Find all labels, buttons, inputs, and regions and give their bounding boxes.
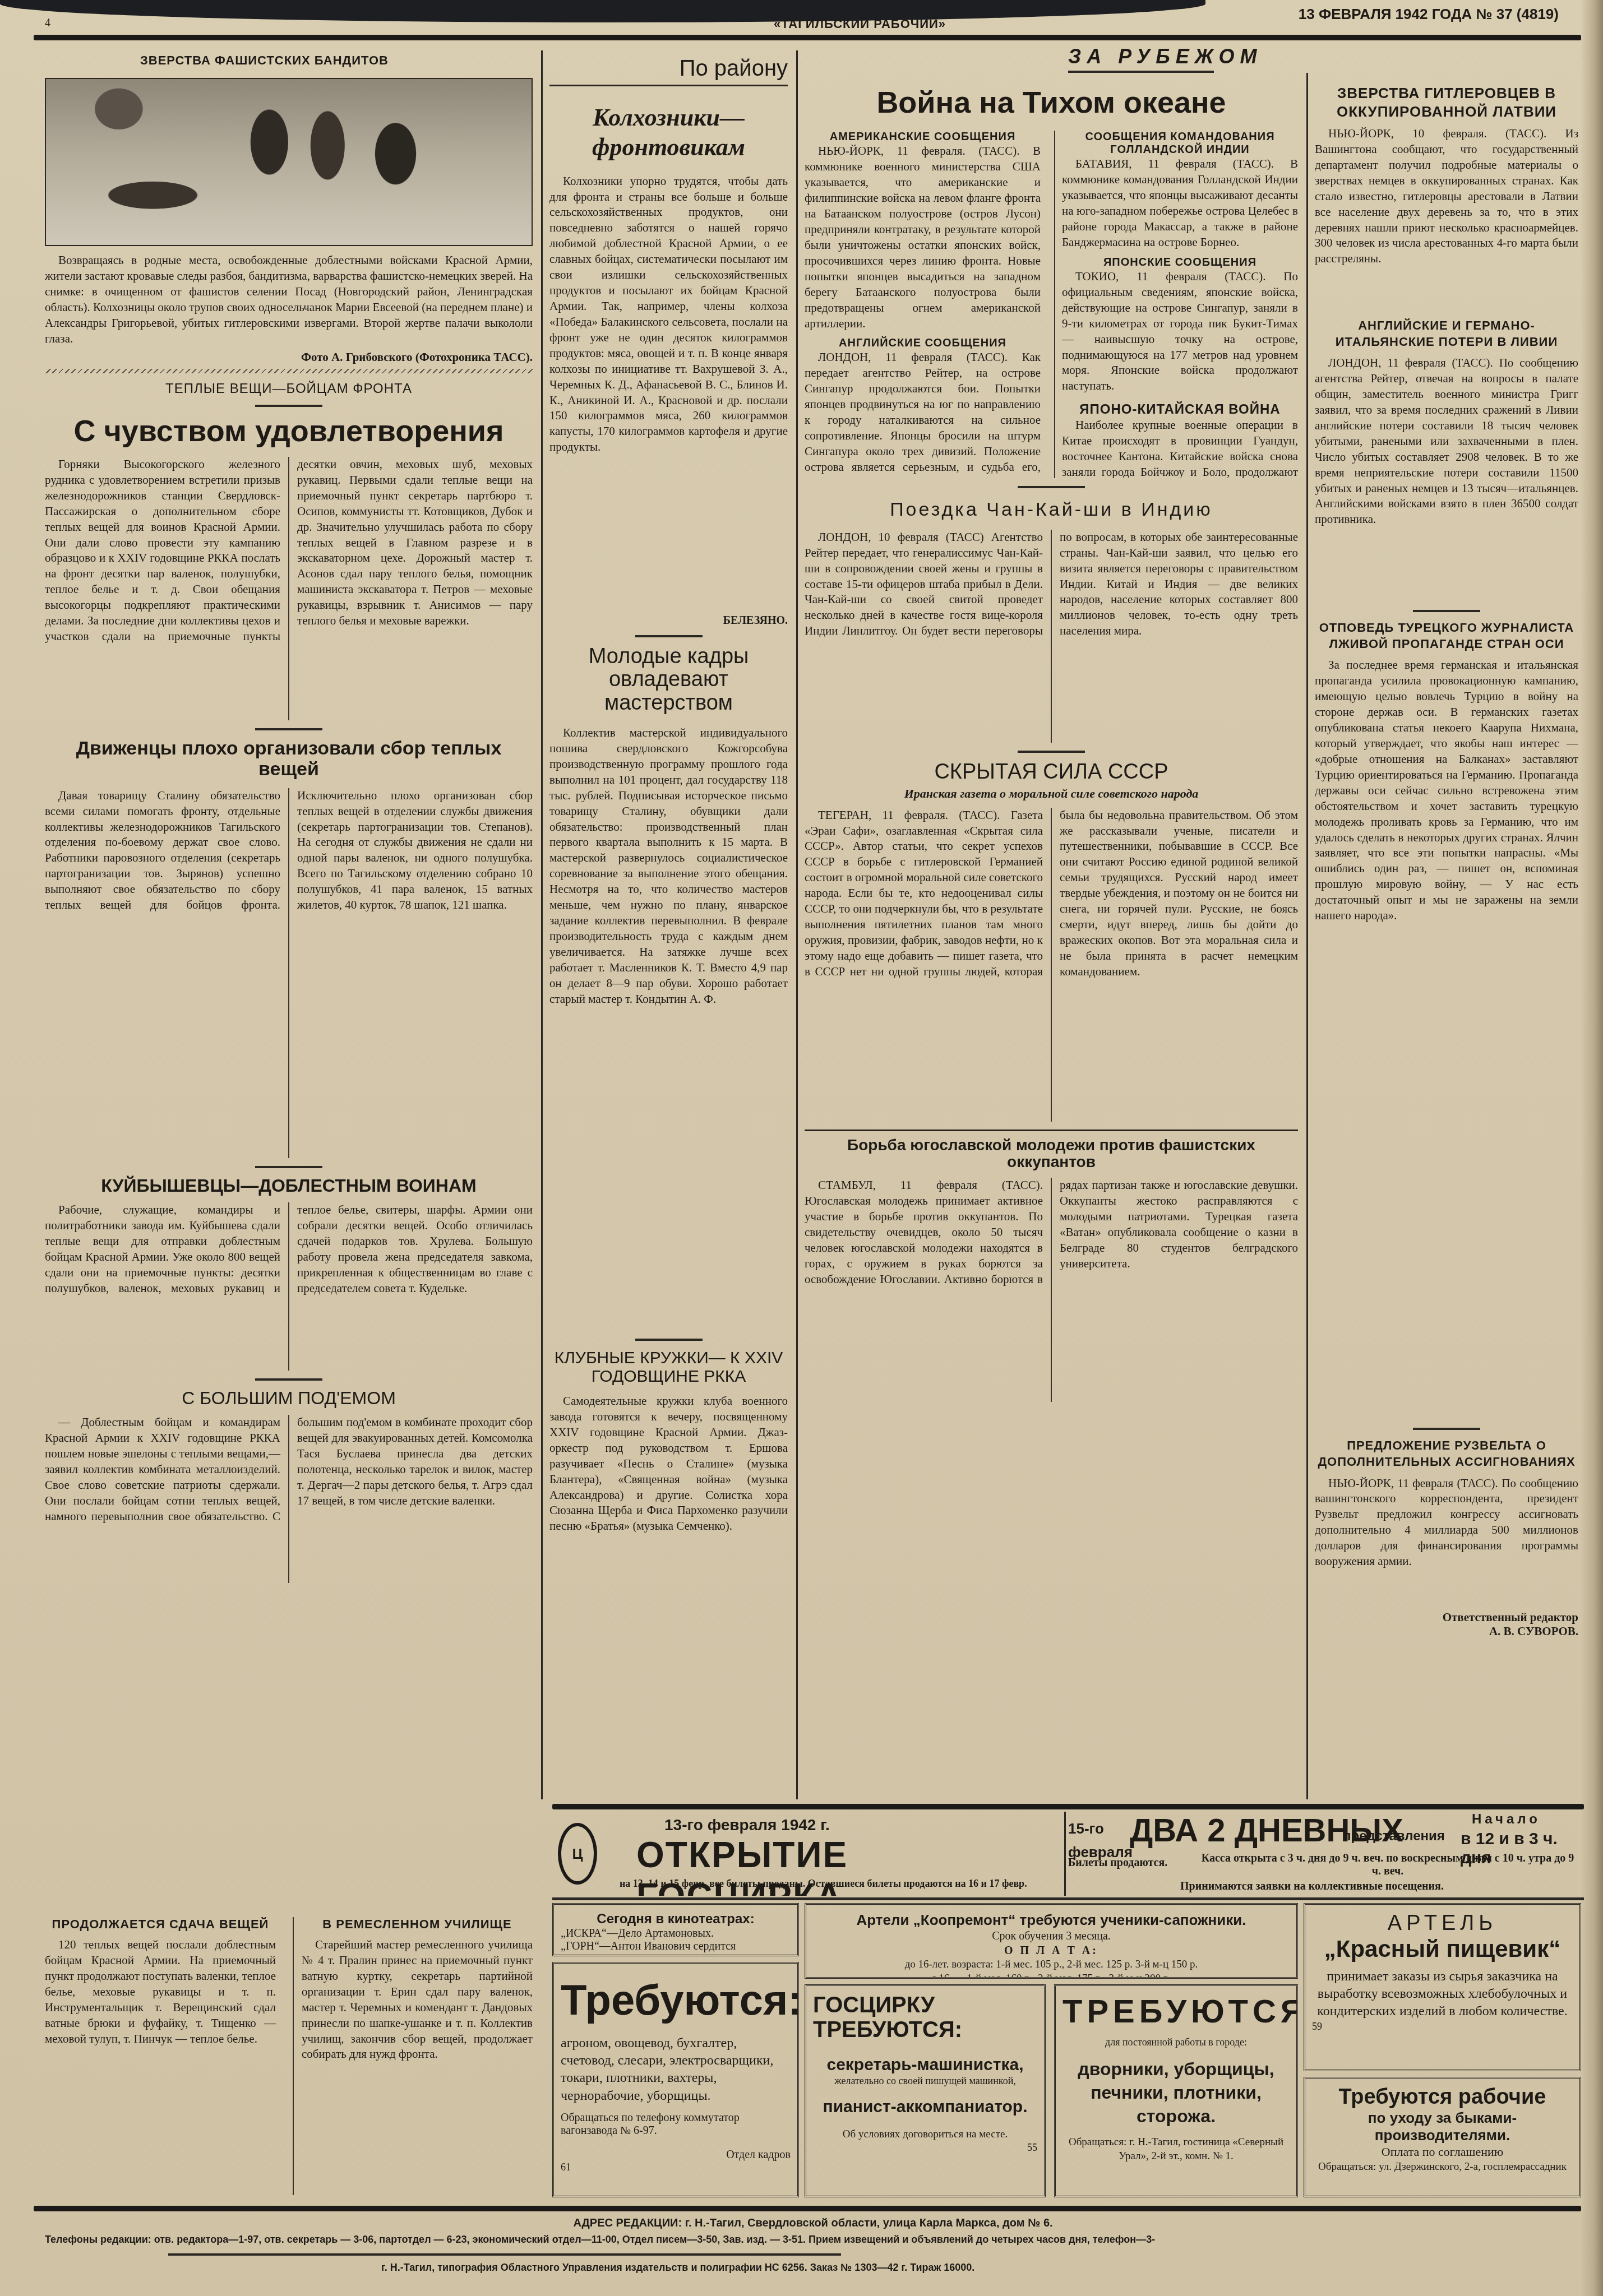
shows-label: представления <box>1343 1829 1445 1844</box>
article-text: ТЕГЕРАН, 11 февраля. (ТАСС). Газета «Эра… <box>805 808 1298 980</box>
article-title: ОТПОВЕДЬ ТУРЕЦКОГО ЖУРНАЛИСТА ЛЖИВОЙ ПРО… <box>1315 620 1578 652</box>
footer-rule <box>168 2253 841 2256</box>
separator <box>635 635 703 637</box>
ad-number: 55 <box>813 2142 1037 2154</box>
article-body: НЬЮ-ЙОРК, 11 февраля (ТАСС). По сообщени… <box>1315 1476 1578 1599</box>
article-title: ПРЕДЛОЖЕНИЕ РУЗВЕЛЬТА О ДОПОЛНИТЕЛЬНЫХ А… <box>1315 1438 1578 1470</box>
wavy-divider <box>45 369 533 373</box>
photo-credit: Фото А. Грибовского (Фотохроника ТАСС). <box>45 350 533 364</box>
ad-rule <box>552 1897 1584 1900</box>
article-text: Наиболее крупные военные операции в Кита… <box>1062 418 1298 478</box>
editorial-address: АДРЕС РЕДАКЦИИ: г. Н.-Тагил, Свердловско… <box>45 2217 1581 2230</box>
start-label: Начало <box>1472 1812 1541 1827</box>
article-text: НЬЮ-ЙОРК, 10 февраля. (ТАСС). Из Вашингт… <box>1315 126 1578 267</box>
article-title: Война на Тихом океане <box>805 86 1298 119</box>
article-text: ТОКИО, 11 февраля (ТАСС). По официальным… <box>1062 269 1298 394</box>
article-body: 120 теплых вещей послали доблестным бойц… <box>45 1937 276 2195</box>
subheading: АНГЛИЙСКИЕ СООБЩЕНИЯ <box>805 337 1041 350</box>
job-sign: Отдел кадров <box>561 2149 791 2161</box>
article-text: НЬЮ-ЙОРК, 11 февраля (ТАСС). По сообщени… <box>1315 1476 1578 1570</box>
article-text: ЛОНДОН, 10 февраля (ТАСС) Агентство Рейт… <box>805 530 1298 640</box>
article-body: Коллектив мастерской индивидуального пош… <box>549 725 788 1331</box>
article-body: ТЕГЕРАН, 11 февраля. (ТАСС). Газета «Эра… <box>805 808 1298 1122</box>
article-title: Поездка Чан-Кай-ши в Индию <box>805 499 1298 520</box>
separator <box>255 1166 322 1168</box>
circus-job-ad: ГОСЦИРКУ ТРЕБУЮТСЯ: секретарь-машинистка… <box>805 1984 1046 2197</box>
city-jobs-ad: ТРЕБУЮТСЯ для постоянной работы в городе… <box>1054 1984 1298 2197</box>
cinema-title: Сегодня в кинотеатрах: <box>561 1911 791 1927</box>
article-text: ЛОНДОН, 11 февраля (ТАСС). По сообщению … <box>1315 355 1578 527</box>
article-text: Старейший мастер ремесленного училища № … <box>302 1937 533 2062</box>
article-text: Давая товарищу Сталину обязательство все… <box>45 788 533 914</box>
district-rubric: По району <box>549 56 788 86</box>
editor-label: Ответственный редактор <box>1443 1610 1578 1624</box>
job-contact: Об условиях договориться на месте. <box>813 2128 1037 2142</box>
article-title: ПРОДОЛЖАЕТСЯ СДАЧА ВЕЩЕЙ <box>45 1917 276 1932</box>
editor-name: А. В. СУВОРОВ. <box>1489 1624 1578 1638</box>
ad-divider <box>1064 1812 1066 1896</box>
article-title: Колхозники— фронтовикам <box>549 103 788 163</box>
koopremont-ad: Артели „Коопремонт“ требуются ученики-са… <box>805 1903 1298 1979</box>
tickets-note: Билеты продаются. <box>1068 1857 1167 1869</box>
article-title: КУЙБЫШЕВЦЫ—ДОБЛЕСТНЫМ ВОИНАМ <box>45 1176 533 1196</box>
artel-ad: АРТЕЛЬ „Красный пищевик“ принимает заказ… <box>1304 1903 1581 2071</box>
article-body: Старейший мастер ремесленного училища № … <box>302 1937 533 2195</box>
job-note: желательно со своей пишущей машинкой, <box>813 2075 1037 2087</box>
article-body: Горняки Высокогорского железного рудника… <box>45 457 533 720</box>
cattle-job-ad: Требуются рабочие по уходу за быками-про… <box>1304 2077 1581 2197</box>
separator <box>255 1378 322 1381</box>
cattle-job-pay: Оплата по соглашению <box>1312 2144 1573 2160</box>
newspaper-page: 4 «ТАГИЛЬСКИЙ РАБОЧИЙ» 13 ФЕВРАЛЯ 1942 Г… <box>0 0 1603 2296</box>
koopremont-pay-row: с 16 „ „ 1-й мес. 160 р., 2-й мес. 175 р… <box>813 1972 1290 1979</box>
separator <box>255 728 322 730</box>
cattle-job-title: Требуются рабочие <box>1312 2085 1573 2109</box>
article-text: НЬЮ-ЙОРК, 11 февраля. (ТАСС). В коммюник… <box>805 143 1041 331</box>
abroad-rubric: ЗА РУБЕЖОМ <box>805 45 1298 68</box>
photo-caption-text: Возвращаясь в родные места, освобожденны… <box>45 253 533 347</box>
page-number: 4 <box>45 17 50 30</box>
subheading: АМЕРИКАНСКИЕ СООБЩЕНИЯ <box>805 131 1041 143</box>
circus-job-title: ГОСЦИРКУ ТРЕБУЮТСЯ: <box>813 1993 1037 2042</box>
city-jobs-sub: для постоянной работы в городе: <box>1062 2036 1290 2049</box>
city-jobs-contact: Обращаться: г. Н.-Тагил, гостиница «Севе… <box>1062 2136 1290 2163</box>
column-divider <box>1306 73 1308 1799</box>
article-body: Колхозники упорно трудятся, чтобы дать д… <box>549 174 788 611</box>
article-body: ЛОНДОН, 11 февраля (ТАСС). Как передает … <box>805 350 1041 478</box>
article-text: Колхозники упорно трудятся, чтобы дать д… <box>549 174 788 456</box>
article-title: С БОЛЬШИМ ПОД'ЕМОМ <box>45 1388 533 1408</box>
cattle-job-text: по уходу за быками-производителями. <box>1312 2109 1573 2144</box>
subheading: СООБЩЕНИЯ КОМАНДОВАНИЯ ГОЛЛАНДСКОЙ ИНДИИ <box>1062 131 1298 156</box>
cinema-line: „ГОРН“—Антон Иванович сердится <box>561 1940 791 1953</box>
separator <box>635 1339 703 1341</box>
left-section: ЗВЕРСТВА ФАШИСТСКИХ БАНДИТОВ Возвращаясь… <box>45 53 533 1799</box>
ad-number: 61 <box>561 2161 791 2173</box>
article-title: ЗВЕРСТВА ГИТЛЕРОВЦЕВ В ОККУПИРОВАННОЙ ЛА… <box>1315 84 1578 121</box>
article-body: За последнее время германская и итальянс… <box>1315 658 1578 1420</box>
article-body: НЬЮ-ЙОРК, 11 февраля. (ТАСС). В коммюник… <box>805 143 1041 331</box>
abroad-section: ЗА РУБЕЖОМ Война на Тихом океане АМЕРИКА… <box>805 45 1298 1799</box>
rubric-underline <box>1068 71 1214 73</box>
separator <box>1018 486 1085 488</box>
article-body: Наиболее крупные военные операции в Кита… <box>1062 418 1298 478</box>
article-title: АНГЛИЙСКИЕ И ГЕРМАНО-ИТАЛЬЯНСКИЕ ПОТЕРИ … <box>1315 318 1578 350</box>
rubric-warm-things: ТЕПЛЫЕ ВЕЩИ—БОЙЦАМ ФРОНТА <box>45 381 533 397</box>
article-text: Рабочие, служащие, командиры и политрабо… <box>45 1202 533 1297</box>
article-signature: БЕЛЕЗЯНО. <box>549 614 788 627</box>
job-contact: Обращаться по телефону коммутатор вагонз… <box>561 2112 791 2137</box>
article-body: ЛОНДОН, 10 февраля (ТАСС) Агентство Рейт… <box>805 530 1298 743</box>
article-body: ЛОНДОН, 11 февраля (ТАСС). По сообщению … <box>1315 355 1578 602</box>
article-title: Движенцы плохо организовали сбор теплых … <box>45 738 533 780</box>
article-body: ТОКИО, 11 февраля (ТАСС). По официальным… <box>1062 269 1298 394</box>
article-title: СКРЫТАЯ СИЛА СССР <box>805 761 1298 784</box>
article-text: 120 теплых вещей послали доблестным бойц… <box>45 1937 276 2047</box>
subheading: ЯПОНСКИЕ СООБЩЕНИЯ <box>1062 256 1298 269</box>
news-photo <box>45 78 533 246</box>
separator <box>255 405 322 407</box>
job-position: пианист-аккомпаниатор. <box>813 2098 1037 2117</box>
article-title: Молодые кадры овладевают мастерством <box>549 645 788 715</box>
column-divider <box>541 50 543 1799</box>
article-title: ЯПОНО-КИТАЙСКАЯ ВОЙНА <box>1062 402 1298 418</box>
article-title: КЛУБНЫЕ КРУЖКИ— К XXIV ГОДОВЩИНЕ РККА <box>549 1349 788 1386</box>
city-jobs-title: ТРЕБУЮТСЯ <box>1062 1993 1290 2030</box>
article-text: БАТАВИЯ, 11 февраля (ТАСС). В коммюнике … <box>1062 156 1298 251</box>
artel-label: АРТЕЛЬ <box>1312 1911 1573 1936</box>
cashbox-hours: Касса открыта с 3 ч. дня до 9 ч. веч. по… <box>1197 1852 1578 1878</box>
cinema-line: „ИСКРА“—Дело Артамоновых. <box>561 1927 791 1940</box>
koopremont-pay-label: О П Л А Т А: <box>813 1943 1290 1958</box>
article-text: Горняки Высокогорского железного рудника… <box>45 457 533 645</box>
ad-rule <box>552 1804 1584 1809</box>
koopremont-pay-row: до 16-лет. возраста: 1-й мес. 105 р., 2-… <box>813 1958 1290 1972</box>
separator <box>1413 610 1480 612</box>
left-bottom-section: ПРОДОЛЖАЕТСЯ СДАЧА ВЕЩЕЙ 120 теплых веще… <box>45 1917 533 2209</box>
article-text: Самодеятельные кружки клуба военного зав… <box>549 1394 788 1534</box>
photo-kicker: ЗВЕРСТВА ФАШИСТСКИХ БАНДИТОВ <box>45 53 533 68</box>
article-body: Давая товарищу Сталину обязательство все… <box>45 788 533 1158</box>
city-jobs-list: дворники, уборщицы, печники, плотники, с… <box>1062 2058 1290 2128</box>
circus-note: на 13, 14 и 15 февр. все билеты проданы.… <box>620 1878 1027 1890</box>
right-section: ЗВЕРСТВА ГИТЛЕРОВЦЕВ В ОККУПИРОВАННОЙ ЛА… <box>1315 84 1578 1799</box>
editorial-phones: Телефоны редакции: отв. редактора—1-97, … <box>45 2234 1581 2246</box>
article-text: Коллектив мастерской индивидуального пош… <box>549 725 788 1007</box>
article-body: — Доблестным бойцам и командирам Красной… <box>45 1415 533 1583</box>
newspaper-name: «ТАГИЛЬСКИЙ РАБОЧИЙ» <box>774 17 946 31</box>
job-list: агроном, овощевод, бухгалтер, счетовод, … <box>561 2035 791 2105</box>
artel-name: „Красный пищевик“ <box>1312 1936 1573 1962</box>
cinema-ad: Сегодня в кинотеатрах: „ИСКРА“—Дело Арта… <box>552 1903 799 1956</box>
column-divider <box>796 50 798 1799</box>
article-text: СТАМБУЛ, 11 февраля (ТАСС). Югославская … <box>805 1178 1298 1287</box>
separator <box>1018 751 1085 753</box>
district-section: По району Колхозники— фронтовикам Колхоз… <box>549 56 788 1794</box>
job-ad-title: Требуются: <box>561 1976 791 2025</box>
circus-date: 13-го февраля 1942 г. <box>664 1816 830 1834</box>
editor-line: Ответственный редактор А. В. СУВОРОВ. <box>1315 1610 1578 1638</box>
printer-info: г. Н.-Тагил, типография Областного Управ… <box>45 2262 1581 2274</box>
article-title: С чувством удовлетворения <box>45 415 533 448</box>
footer-rule <box>34 2206 1581 2211</box>
artel-text: принимает заказы из сырья заказчика на в… <box>1312 1968 1573 2021</box>
circus-shows-ad: 15-го февраля ДВА 2 ДНЕВНЫХ представлени… <box>1068 1812 1584 1896</box>
article-title: В РЕМЕСЛЕННОМ УЧИЛИЩЕ <box>302 1917 533 1932</box>
divider <box>805 1130 1298 1131</box>
koopremont-term: Срок обучения 3 месяца. <box>813 1929 1290 1943</box>
separator <box>1413 1428 1480 1430</box>
circus-logo-icon: Ц <box>558 1823 597 1885</box>
ad-number: 59 <box>1312 2021 1573 2033</box>
article-body: НЬЮ-ЙОРК, 10 февраля. (ТАСС). Из Вашингт… <box>1315 126 1578 311</box>
article-body: Самодеятельные кружки клуба военного зав… <box>549 1394 788 1573</box>
masthead: 4 «ТАГИЛЬСКИЙ РАБОЧИЙ» 13 ФЕВРАЛЯ 1942 Г… <box>34 0 1581 34</box>
cattle-job-contact: Обращаться: ул. Дзержинского, 2-а, госпл… <box>1312 2160 1573 2174</box>
issue-date: 13 ФЕВРАЛЯ 1942 ГОДА № 37 (4819) <box>1299 6 1559 23</box>
article-body: БАТАВИЯ, 11 февраля (ТАСС). В коммюнике … <box>1062 156 1298 251</box>
article-body: СТАМБУЛ, 11 февраля (ТАСС). Югославская … <box>805 1178 1298 1402</box>
koopremont-title: Артели „Коопремонт“ требуются ученики-са… <box>813 1911 1290 1929</box>
page-edge <box>1581 0 1603 2296</box>
circus-opening-ad: Ц 13-го февраля 1942 г. ОТКРЫТИЕ ГОСЦИРК… <box>552 1812 1057 1896</box>
article-text: ЛОНДОН, 11 февраля (ТАСС). Как передает … <box>805 350 1041 478</box>
article-text: За последнее время германская и итальянс… <box>1315 658 1578 924</box>
article-subtitle: Иранская газета о моральной силе советск… <box>805 786 1298 801</box>
article-body: Рабочие, служащие, командиры и политрабо… <box>45 1202 533 1371</box>
masthead-rule <box>34 35 1581 40</box>
photo-caption: Возвращаясь в родные места, освобожденны… <box>45 253 533 347</box>
article-text: — Доблестным бойцам и командирам Красной… <box>45 1415 533 1524</box>
group-requests: Принимаются заявки на коллективные посещ… <box>1180 1880 1444 1893</box>
job-ad-wagon-works: Требуются: агроном, овощевод, бухгалтер,… <box>552 1962 799 2197</box>
job-position: секретарь-машинистка, <box>813 2056 1037 2075</box>
article-title: Борьба югославской молодежи против фашис… <box>805 1137 1298 1172</box>
